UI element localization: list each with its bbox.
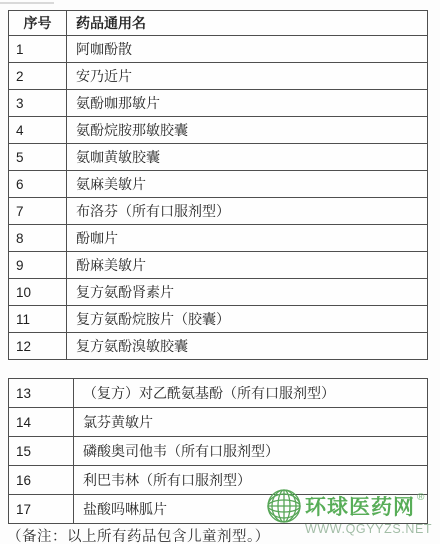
table-row: 9酚麻美敏片 xyxy=(9,252,428,279)
row-serial-number: 6 xyxy=(9,171,67,198)
table-row: 15磷酸奥司他韦（所有口服剂型） xyxy=(9,437,428,466)
header-drug-generic-name: 药品通用名 xyxy=(67,11,428,36)
drug-table-part1: 序号 药品通用名 1阿咖酚散2安乃近片3氨酚咖那敏片4氨酚烷胺那敏胶囊5氨咖黄敏… xyxy=(8,10,428,360)
table-row: 2安乃近片 xyxy=(9,63,428,90)
drug-name: 酚麻美敏片 xyxy=(67,252,428,279)
drug-name: 布洛芬（所有口服剂型） xyxy=(67,198,428,225)
drug-name: 复方氨酚溴敏胶囊 xyxy=(67,333,428,360)
row-serial-number: 11 xyxy=(9,306,67,333)
drug-name: 氯芬黄敏片 xyxy=(74,408,428,437)
registered-trademark-icon: ® xyxy=(417,492,424,503)
table-row: 4氨酚烷胺那敏胶囊 xyxy=(9,117,428,144)
drug-name: 氨酚烷胺那敏胶囊 xyxy=(67,117,428,144)
table-row: 7布洛芬（所有口服剂型） xyxy=(9,198,428,225)
row-serial-number: 15 xyxy=(9,437,74,466)
drug-name: 氨麻美敏片 xyxy=(67,171,428,198)
row-serial-number: 3 xyxy=(9,90,67,117)
site-watermark: 环球医药网 ® WWW.QGYYZS.NET xyxy=(266,488,438,536)
row-serial-number: 4 xyxy=(9,117,67,144)
row-serial-number: 14 xyxy=(9,408,74,437)
table-row: 6氨麻美敏片 xyxy=(9,171,428,198)
table-row: 14氯芬黄敏片 xyxy=(9,408,428,437)
table-row: 8酚咖片 xyxy=(9,225,428,252)
row-serial-number: 10 xyxy=(9,279,67,306)
table-row: 5氨咖黄敏胶囊 xyxy=(9,144,428,171)
row-serial-number: 17 xyxy=(9,495,74,524)
header-serial-number: 序号 xyxy=(9,11,67,36)
watermark-site-url: WWW.QGYYZS.NET xyxy=(305,522,438,536)
drug-name: 氨酚咖那敏片 xyxy=(67,90,428,117)
table-row: 12复方氨酚溴敏胶囊 xyxy=(9,333,428,360)
drug-name: （复方）对乙酰氨基酚（所有口服剂型） xyxy=(74,379,428,408)
table-row: 10复方氨酚肾素片 xyxy=(9,279,428,306)
table-row: 13（复方）对乙酰氨基酚（所有口服剂型） xyxy=(9,379,428,408)
drug-name: 酚咖片 xyxy=(67,225,428,252)
row-serial-number: 9 xyxy=(9,252,67,279)
table-row: 3氨酚咖那敏片 xyxy=(9,90,428,117)
row-serial-number: 12 xyxy=(9,333,67,360)
table-row: 1阿咖酚散 xyxy=(9,36,428,63)
row-serial-number: 2 xyxy=(9,63,67,90)
row-serial-number: 5 xyxy=(9,144,67,171)
drug-name: 磷酸奥司他韦（所有口服剂型） xyxy=(74,437,428,466)
row-serial-number: 16 xyxy=(9,466,74,495)
row-serial-number: 7 xyxy=(9,198,67,225)
drug-name: 复方氨酚肾素片 xyxy=(67,279,428,306)
drug-name: 氨咖黄敏胶囊 xyxy=(67,144,428,171)
globe-icon xyxy=(266,488,302,524)
row-serial-number: 13 xyxy=(9,379,74,408)
table-header-row: 序号 药品通用名 xyxy=(9,11,428,36)
footnote: （备注：以上所有药品包含儿童剂型。） xyxy=(7,525,270,544)
drug-name: 安乃近片 xyxy=(67,63,428,90)
table-row: 11复方氨酚烷胺片（胶囊） xyxy=(9,306,428,333)
drug-name: 复方氨酚烷胺片（胶囊） xyxy=(67,306,428,333)
row-serial-number: 8 xyxy=(9,225,67,252)
decorative-line xyxy=(0,2,54,4)
drug-name: 阿咖酚散 xyxy=(67,36,428,63)
watermark-site-name: 环球医药网 xyxy=(305,491,415,521)
row-serial-number: 1 xyxy=(9,36,67,63)
